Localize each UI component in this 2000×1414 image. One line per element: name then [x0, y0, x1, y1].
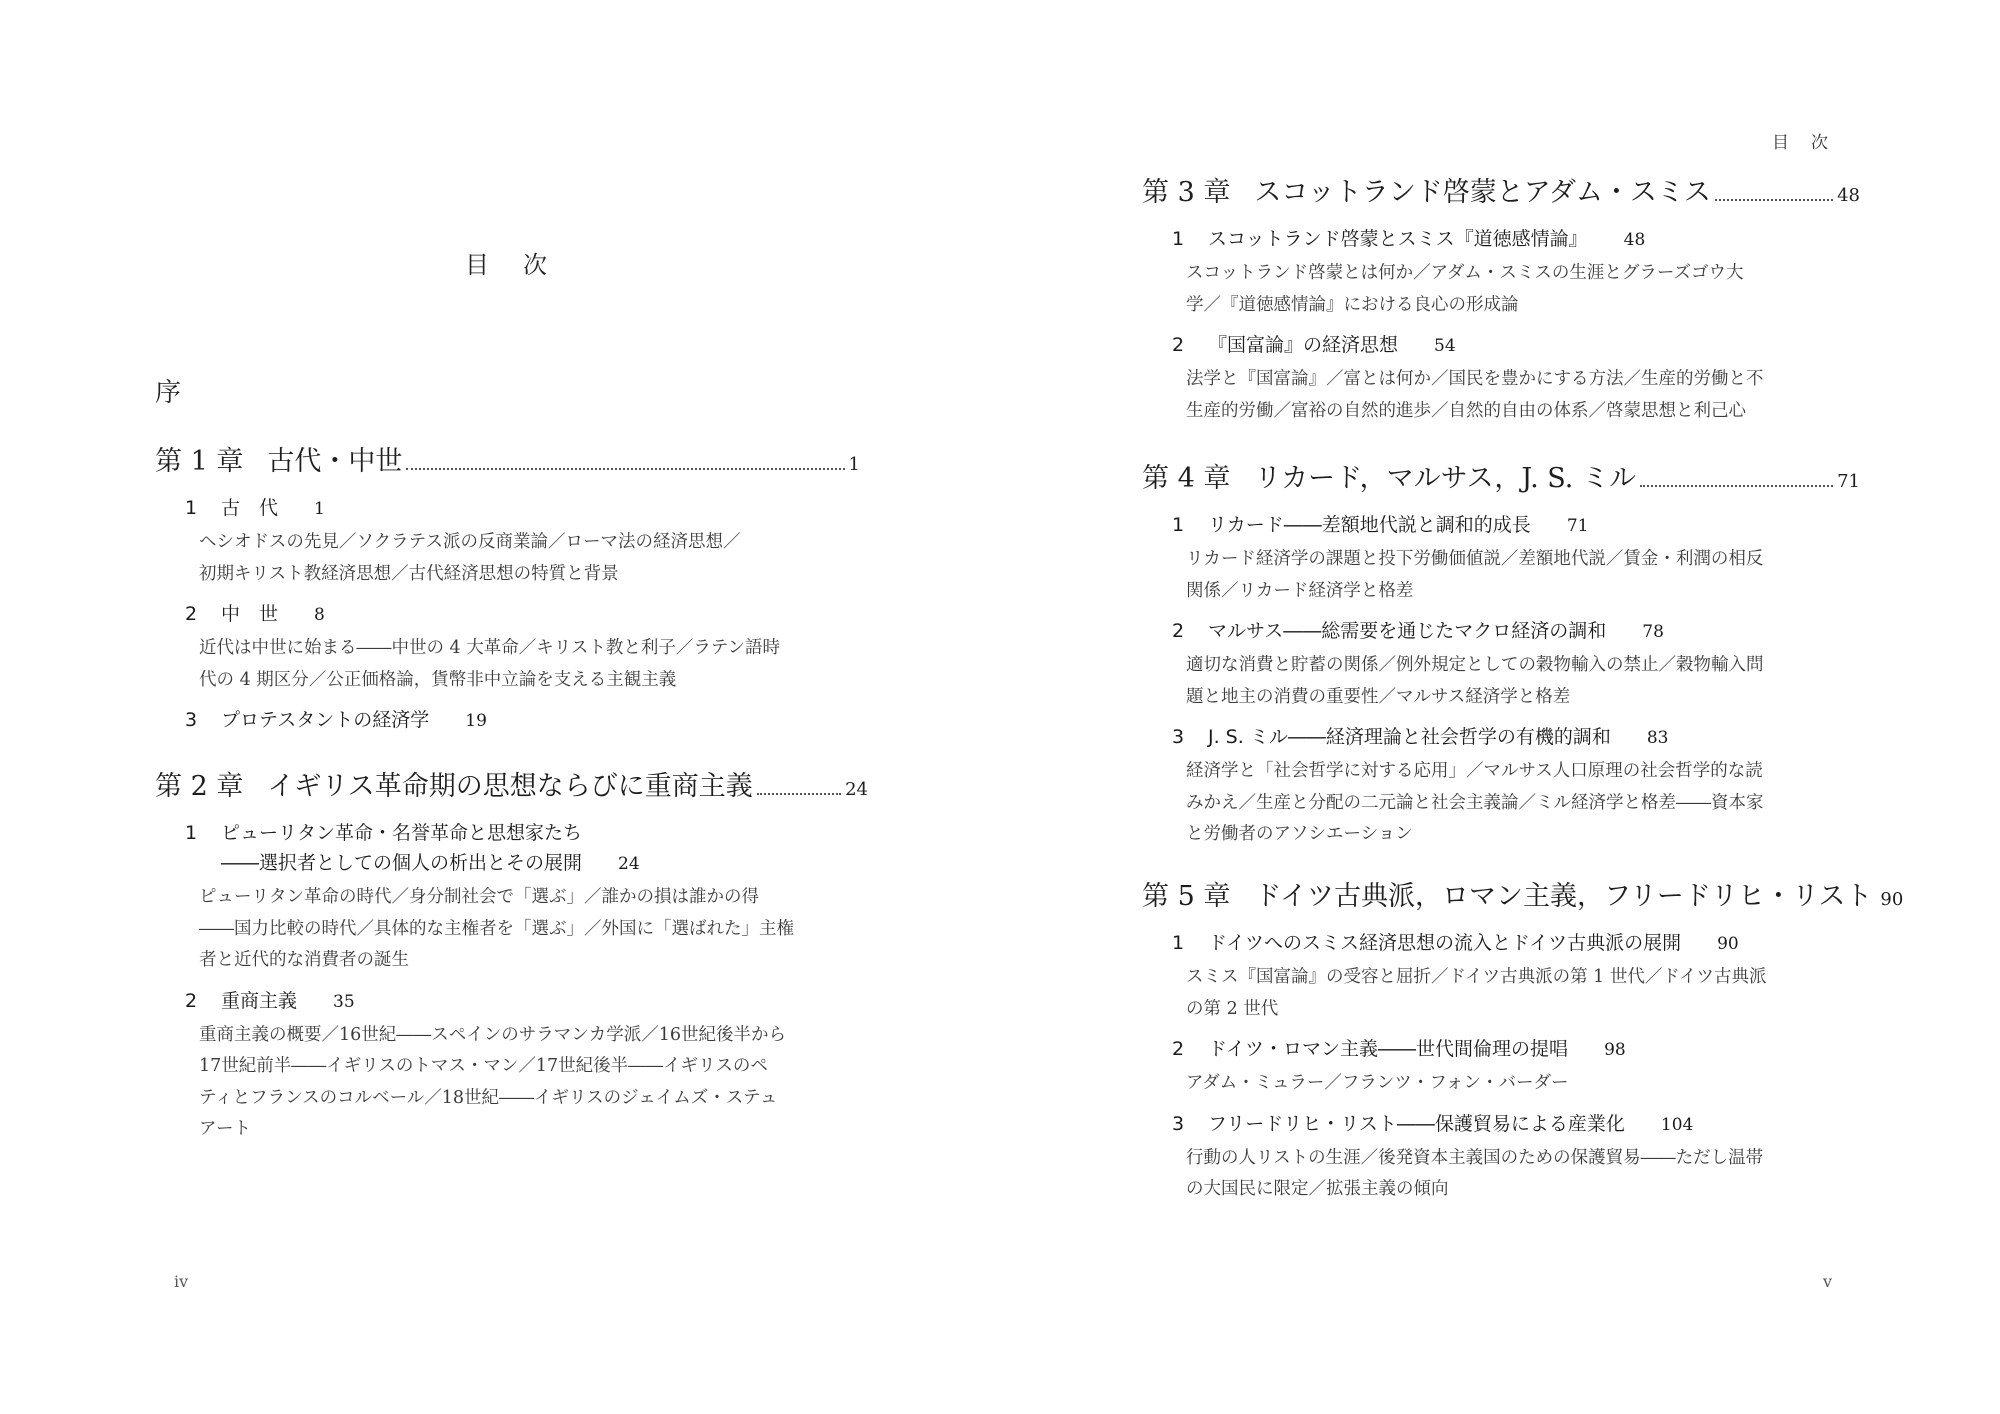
page-left: 目次 序 第 1 章 古代・中世 1 1 古 代 1 ヘシオドスの先見／ソクラテ…	[0, 0, 1000, 1414]
chapter-page: 48	[1837, 177, 1860, 215]
section-number: 2	[185, 986, 221, 1016]
section-title: プロテスタントの経済学	[221, 705, 429, 735]
section-number: 2	[1172, 330, 1208, 360]
chapter-title: 古代・中世	[267, 443, 402, 481]
page-right: 目次 第 3 章 スコットランド啓蒙とアダム・スミス 48 1 スコットランド啓…	[1000, 0, 2000, 1414]
section-page: 35	[333, 987, 355, 1017]
section-page: 19	[465, 706, 487, 736]
section: 2 『国富論』の経済思想 54 法学と『国富論』／富とは何か／国民を豊かにする方…	[1142, 330, 1860, 427]
chapter-number: 第 4 章	[1142, 460, 1230, 498]
section-description: リカード経済学の課題と投下労働価値説／差額地代説／賃金・利潤の相反 関係／リカー…	[1142, 544, 1860, 607]
description-line: ――国力比較の時代／具体的な主権者を「選ぶ」／外国に「選ばれた」主権	[199, 914, 868, 946]
section-heading[interactable]: 3 プロテスタントの経済学 19	[155, 705, 860, 736]
chapter-number: 第 2 章	[155, 768, 243, 806]
section: 3 フリードリヒ・リスト――保護貿易による産業化 104 行動の人リストの生涯／…	[1142, 1109, 1860, 1206]
description-line: みかえ／生産と分配の二元論と社会主義論／ミル経済学と格差――資本家	[1186, 788, 1860, 820]
section-subtitle-line[interactable]: ――選択者としての個人の析出とその展開 24	[155, 848, 868, 879]
section-description: アダム・ミュラー／フランツ・フォン・バーダー	[1142, 1068, 1860, 1100]
section-title: J. S. ミル――経済理論と社会哲学の有機的調和	[1208, 722, 1611, 752]
section-title: ドイツへのスミス経済思想の流入とドイツ古典派の展開	[1208, 928, 1681, 958]
chapter-4: 第 4 章 リカード，マルサス，J. S. ミル 71 1 リカード――差額地代…	[1142, 460, 1860, 851]
description-line: 関係／リカード経済学と格差	[1186, 576, 1860, 608]
section-title: ピューリタン革命・名誉革命と思想家たち	[221, 818, 582, 848]
section: 1 ドイツへのスミス経済思想の流入とドイツ古典派の展開 90 スミス『国富論』の…	[1142, 928, 1860, 1025]
section-page: 54	[1434, 331, 1456, 361]
chapter-heading[interactable]: 第 1 章 古代・中世 1	[155, 443, 860, 484]
section-title: マルサス――総需要を通じたマクロ経済の調和	[1208, 616, 1606, 646]
page-number-left: iv	[174, 1272, 188, 1291]
section-title: 古 代	[221, 493, 278, 523]
section-title: 中 世	[221, 599, 278, 629]
chapter-3: 第 3 章 スコットランド啓蒙とアダム・スミス 48 1 スコットランド啓蒙とス…	[1142, 174, 1860, 427]
section-description: ピューリタン革命の時代／身分制社会で「選ぶ」／誰かの損は誰かの得 ――国力比較の…	[155, 882, 868, 977]
description-line: 重商主義の概要／16世紀――スペインのサラマンカ学派／16世紀後半から	[199, 1020, 868, 1052]
description-line: の大国民に限定／拡張主義の傾向	[1186, 1174, 1860, 1206]
section-number: 2	[1172, 616, 1208, 646]
section-page: 8	[314, 600, 325, 630]
section: 1 古 代 1 ヘシオドスの先見／ソクラテス派の反商業論／ローマ法の経済思想／ …	[155, 493, 860, 590]
section-page: 104	[1661, 1110, 1693, 1140]
description-line: 初期キリスト教経済思想／古代経済思想の特質と背景	[199, 559, 860, 591]
section-heading[interactable]: 1 リカード――差額地代説と調和的成長 71	[1142, 510, 1860, 541]
section-heading[interactable]: 3 フリードリヒ・リスト――保護貿易による産業化 104	[1142, 1109, 1860, 1140]
section-number: 2	[185, 599, 221, 629]
description-line: スミス『国富論』の受容と屈折／ドイツ古典派の第 1 世代／ドイツ古典派	[1186, 962, 1860, 994]
section-title: フリードリヒ・リスト――保護貿易による産業化	[1208, 1109, 1625, 1139]
description-line: 代の 4 期区分／公正価格論，貨幣非中立論を支える主観主義	[199, 665, 860, 697]
section: 3 プロテスタントの経済学 19	[155, 705, 860, 736]
chapter-number: 第 1 章	[155, 443, 243, 481]
section-title: ドイツ・ロマン主義――世代間倫理の提唱	[1208, 1034, 1568, 1064]
chapter-page: 71	[1837, 463, 1860, 501]
chapter-heading[interactable]: 第 4 章 リカード，マルサス，J. S. ミル 71	[1142, 460, 1860, 501]
chapter-title: ドイツ古典派，ロマン主義，フリードリヒ・リスト	[1254, 878, 1872, 916]
section-subtitle: ――選択者としての個人の析出とその展開	[221, 848, 582, 878]
description-line: 題と地主の消費の重要性／マルサス経済学と格差	[1186, 682, 1860, 714]
chapter-5: 第 5 章 ドイツ古典派，ロマン主義，フリードリヒ・リスト 90 1 ドイツへの…	[1142, 878, 1860, 1206]
chapter-number: 第 5 章	[1142, 878, 1230, 916]
description-line: スコットランド啓蒙とは何か／アダム・スミスの生涯とグラーズゴウ大	[1186, 258, 1860, 290]
description-line: 生産的労働／富裕の自然的進歩／自然的自由の体系／啓蒙思想と利己心	[1186, 396, 1860, 428]
description-line: ティとフランスのコルベール／18世紀――イギリスのジェイムズ・ステュ	[199, 1083, 868, 1115]
section-heading[interactable]: 2 ドイツ・ロマン主義――世代間倫理の提唱 98	[1142, 1034, 1860, 1065]
section-title: リカード――差額地代説と調和的成長	[1208, 510, 1531, 540]
chapter-title: リカード，マルサス，J. S. ミル	[1254, 460, 1636, 498]
section-description: 法学と『国富論』／富とは何か／国民を豊かにする方法／生産的労働と不 生産的労働／…	[1142, 364, 1860, 427]
description-line: 者と近代的な消費者の誕生	[199, 945, 868, 977]
section-heading[interactable]: 2 中 世 8	[155, 599, 860, 630]
section-description: 適切な消費と貯蓄の関係／例外規定としての穀物輸入の禁止／穀物輸入問 題と地主の消…	[1142, 650, 1860, 713]
section-heading[interactable]: 2 マルサス――総需要を通じたマクロ経済の調和 78	[1142, 616, 1860, 647]
section: 1 リカード――差額地代説と調和的成長 71 リカード経済学の課題と投下労働価値…	[1142, 510, 1860, 607]
section-heading[interactable]: 3 J. S. ミル――経済理論と社会哲学の有機的調和 83	[1142, 722, 1860, 753]
section-number: 1	[185, 493, 221, 523]
chapter-heading[interactable]: 第 5 章 ドイツ古典派，ロマン主義，フリードリヒ・リスト 90	[1142, 878, 1860, 919]
chapter-page: 24	[845, 771, 868, 809]
section-heading[interactable]: 1 古 代 1	[155, 493, 860, 524]
dot-leader	[1640, 485, 1833, 487]
chapter-title: スコットランド啓蒙とアダム・スミス	[1254, 174, 1711, 212]
section-number: 3	[1172, 722, 1208, 752]
section-description: 近代は中世に始まる――中世の 4 大革命／キリスト教と利子／ラテン語時 代の 4…	[155, 633, 860, 696]
description-line: 経済学と「社会哲学に対する応用」／マルサス人口原理の社会哲学的な読	[1186, 756, 1860, 788]
section-page: 78	[1642, 617, 1664, 647]
description-line: と労働者のアソシエーション	[1186, 819, 1860, 851]
toc-title: 目次	[465, 245, 581, 280]
description-line: リカード経済学の課題と投下労働価値説／差額地代説／賃金・利潤の相反	[1186, 544, 1860, 576]
section-title: スコットランド啓蒙とスミス『道徳感情論』	[1208, 224, 1588, 254]
section: 2 中 世 8 近代は中世に始まる――中世の 4 大革命／キリスト教と利子／ラテ…	[155, 599, 860, 696]
chapter-heading[interactable]: 第 2 章 イギリス革命期の思想ならびに重商主義 24	[155, 768, 868, 809]
description-line: アダム・ミュラー／フランツ・フォン・バーダー	[1186, 1068, 1860, 1100]
dot-leader	[406, 468, 844, 470]
section: 2 マルサス――総需要を通じたマクロ経済の調和 78 適切な消費と貯蓄の関係／例…	[1142, 616, 1860, 713]
section-heading[interactable]: 2 重商主義 35	[155, 986, 868, 1017]
chapter-number: 第 3 章	[1142, 174, 1230, 212]
running-head: 目次	[1772, 128, 1850, 153]
description-line: 適切な消費と貯蓄の関係／例外規定としての穀物輸入の禁止／穀物輸入問	[1186, 650, 1860, 682]
description-line: 法学と『国富論』／富とは何か／国民を豊かにする方法／生産的労働と不	[1186, 364, 1860, 396]
section-description: 経済学と「社会哲学に対する応用」／マルサス人口原理の社会哲学的な読 みかえ／生産…	[1142, 756, 1860, 851]
chapter-page: 1	[849, 446, 860, 484]
section-title: 重商主義	[221, 986, 297, 1016]
chapter-page: 90	[1880, 881, 1903, 919]
chapter-2: 第 2 章 イギリス革命期の思想ならびに重商主義 24 1 ピューリタン革命・名…	[155, 768, 868, 1146]
section-page: 1	[314, 494, 325, 524]
section-page: 48	[1624, 225, 1646, 255]
dot-leader	[1715, 199, 1833, 201]
section-number: 3	[185, 705, 221, 735]
description-line: 17世紀前半――イギリスのトマス・マン／17世紀後半――イギリスのペ	[199, 1051, 868, 1083]
section-page: 24	[618, 849, 640, 879]
description-line: 近代は中世に始まる――中世の 4 大革命／キリスト教と利子／ラテン語時	[199, 633, 860, 665]
description-line: 学／『道徳感情論』における良心の形成論	[1186, 290, 1860, 322]
section-number: 1	[1172, 510, 1208, 540]
section: 3 J. S. ミル――経済理論と社会哲学の有機的調和 83 経済学と「社会哲学…	[1142, 722, 1860, 851]
section-description: ヘシオドスの先見／ソクラテス派の反商業論／ローマ法の経済思想／ 初期キリスト教経…	[155, 527, 860, 590]
section-page: 90	[1717, 929, 1739, 959]
section: 1 ピューリタン革命・名誉革命と思想家たち ――選択者としての個人の析出とその展…	[155, 818, 868, 977]
section-heading[interactable]: 1 ピューリタン革命・名誉革命と思想家たち	[155, 818, 868, 848]
section-number: 2	[1172, 1034, 1208, 1064]
section-page: 83	[1647, 723, 1669, 753]
toc-entry-preface[interactable]: 序	[155, 372, 181, 409]
description-line: アート	[199, 1114, 868, 1146]
chapter-heading[interactable]: 第 3 章 スコットランド啓蒙とアダム・スミス 48	[1142, 174, 1860, 215]
section-description: スコットランド啓蒙とは何か／アダム・スミスの生涯とグラーズゴウ大 学／『道徳感情…	[1142, 258, 1860, 321]
section-description: 行動の人リストの生涯／後発資本主義国のための保護貿易――ただし温帯 の大国民に限…	[1142, 1143, 1860, 1206]
section-number: 1	[1172, 928, 1208, 958]
section: 1 スコットランド啓蒙とスミス『道徳感情論』 48 スコットランド啓蒙とは何か／…	[1142, 224, 1860, 321]
section: 2 ドイツ・ロマン主義――世代間倫理の提唱 98 アダム・ミュラー／フランツ・フ…	[1142, 1034, 1860, 1100]
section-heading[interactable]: 1 ドイツへのスミス経済思想の流入とドイツ古典派の展開 90	[1142, 928, 1860, 959]
description-line: 行動の人リストの生涯／後発資本主義国のための保護貿易――ただし温帯	[1186, 1143, 1860, 1175]
chapter-title: イギリス革命期の思想ならびに重商主義	[267, 768, 752, 806]
section-description: スミス『国富論』の受容と屈折／ドイツ古典派の第 1 世代／ドイツ古典派 の第 2…	[1142, 962, 1860, 1025]
section-number: 1	[185, 818, 221, 848]
description-line: の第 2 世代	[1186, 994, 1860, 1026]
page-number-right: v	[1823, 1272, 1832, 1291]
description-line: ピューリタン革命の時代／身分制社会で「選ぶ」／誰かの損は誰かの得	[199, 882, 868, 914]
dot-leader	[757, 793, 841, 795]
section-title: 『国富論』の経済思想	[1208, 330, 1398, 360]
section-number: 3	[1172, 1109, 1208, 1139]
section: 2 重商主義 35 重商主義の概要／16世紀――スペインのサラマンカ学派／16世…	[155, 986, 868, 1146]
section-heading[interactable]: 1 スコットランド啓蒙とスミス『道徳感情論』 48	[1142, 224, 1860, 255]
description-line: ヘシオドスの先見／ソクラテス派の反商業論／ローマ法の経済思想／	[199, 527, 860, 559]
chapter-1: 第 1 章 古代・中世 1 1 古 代 1 ヘシオドスの先見／ソクラテス派の反商…	[155, 443, 860, 736]
section-description: 重商主義の概要／16世紀――スペインのサラマンカ学派／16世紀後半から 17世紀…	[155, 1020, 868, 1146]
section-page: 71	[1567, 511, 1589, 541]
section-number: 1	[1172, 224, 1208, 254]
section-heading[interactable]: 2 『国富論』の経済思想 54	[1142, 330, 1860, 361]
section-page: 98	[1604, 1035, 1626, 1065]
